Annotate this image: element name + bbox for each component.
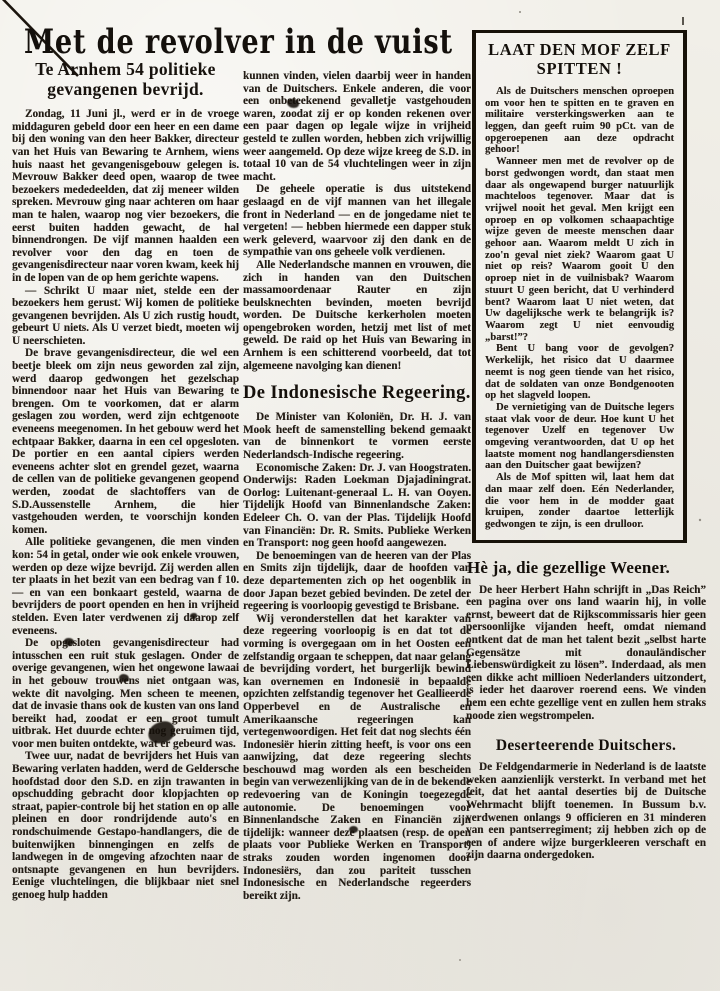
paragraph: De benoemingen van de heeren van der Pla… [243,550,471,613]
paragraph: De opgesloten gevangenisdirecteur had in… [12,637,239,750]
paragraph: Economische Zaken: Dr. J. van Hoogstrate… [243,462,471,550]
boxed-article-heading: LAAT DEN MOF ZELF SPITTEN ! [485,40,674,79]
paragraph: Twee uur, nadat de bevrijders het Huis v… [12,750,239,901]
paragraph: De Minister van Koloniën, Dr. H. J. van … [243,411,471,461]
column-middle: kunnen vinden, vielen daarbij weer in ha… [243,70,471,902]
paragraph: Bent U bang voor de gevolgen? Werkelijk,… [485,343,674,402]
lead-subhead: Te Arnhem 54 politieke gevangenen bevrij… [12,60,239,99]
column-right: LAAT DEN MOF ZELF SPITTEN ! Als de Duits… [466,30,706,862]
paragraph: Alle politieke gevangenen, die men vinde… [12,536,239,637]
paragraph: De Feldgendarmerie in Nederland is de la… [466,761,706,862]
ink-blot [119,674,129,682]
paragraph: Als de Duitschers menschen oproepen om v… [485,86,674,156]
paragraph: Wanneer men met de revolver op de borst … [485,156,674,343]
paragraph: De vernietiging van de Duitsche legers s… [485,402,674,472]
weener-article-heading: Hè ja, die gezellige Weener. [467,558,706,578]
ink-blot [349,826,358,833]
paragraph: De brave gevangenisdirecteur, die wel ee… [12,347,239,536]
paragraph: Wij veronderstellen dat het karakter van… [243,613,471,903]
indonesia-article-heading: De Indonesische Regeering. [243,383,471,404]
paragraph: kunnen vinden, vielen daarbij weer in ha… [243,70,471,183]
paragraph: De geheele operatie is dus uitstekend ge… [243,183,471,259]
main-headline: Met de revolver in de vuist [24,24,453,61]
deserters-article-heading: Deserteerende Duitschers. [466,737,706,755]
paragraph: Zondag, 11 Juni jl., werd er in de vroeg… [12,108,239,284]
boxed-article: LAAT DEN MOF ZELF SPITTEN ! Als de Duits… [472,30,687,543]
paragraph: De heer Herbert Hahn schrijft in „Das Re… [466,584,706,723]
paragraph: Alle Nederlandsche mannen en vrouwen, di… [243,259,471,372]
ink-blot [64,638,74,646]
paragraph: — Schrikt U maar niet, stelde een der be… [12,285,239,348]
paragraph: Als de Mof spitten wil, laat hem dat dan… [485,472,674,531]
column-left: Te Arnhem 54 politieke gevangenen bevrij… [12,60,239,902]
newspaper-page: Met de revolver in de vuist Te Arnhem 54… [0,0,720,991]
